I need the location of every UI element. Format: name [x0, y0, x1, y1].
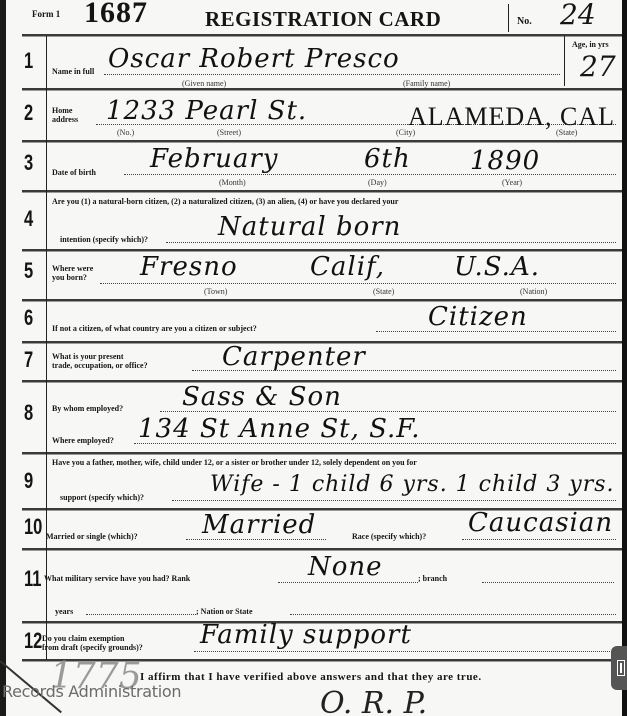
- card-number-label: No.: [517, 16, 532, 27]
- birth-nation-value: U.S.A.: [454, 252, 540, 282]
- row-number: 10: [24, 514, 42, 540]
- row-number: 5: [24, 258, 33, 284]
- sub-label: (Town): [204, 287, 227, 296]
- military-branch-label: ; branch: [418, 574, 447, 583]
- dotted-line: [482, 582, 614, 583]
- dependents-value: Wife - 1 child 6 yrs. 1 child 3 yrs.: [210, 472, 615, 497]
- marital-label: Married or single (which)?: [46, 532, 138, 541]
- rule: [22, 34, 622, 37]
- rule: [22, 190, 622, 193]
- birth-day-value: 6th: [364, 144, 411, 174]
- work-location-label: Where employed?: [52, 436, 114, 445]
- exemption-label: Do you claim exemption: [42, 634, 124, 643]
- row-number: 1: [24, 48, 33, 74]
- birth-town-value: Fresno: [140, 252, 238, 282]
- affirmation-text: I affirm that I have verified above answ…: [140, 671, 482, 683]
- row-number: 8: [24, 400, 33, 426]
- dotted-line: [100, 283, 616, 284]
- support-label: support (specify which)?: [60, 493, 144, 502]
- row-number: 7: [24, 347, 33, 373]
- marital-value: Married: [202, 510, 316, 540]
- age-divider: [564, 36, 565, 86]
- sub-label: (City): [396, 128, 415, 137]
- row-number: 11: [24, 566, 41, 592]
- sub-label: (No.): [117, 128, 134, 137]
- rule: [22, 548, 622, 551]
- citizenship-value: Natural born: [218, 212, 401, 242]
- exemption-label-2: from draft (specify grounds)?: [42, 643, 143, 652]
- sub-label: (Nation): [520, 287, 547, 296]
- race-label: Race (specify which)?: [352, 532, 426, 541]
- row-number: 6: [24, 305, 33, 331]
- name-label: Name in full: [52, 67, 94, 76]
- form-label: Form 1: [32, 9, 60, 19]
- occupation-label: What is your present: [52, 352, 124, 361]
- signature: O. R. P.: [320, 686, 427, 716]
- row-number: 9: [24, 468, 33, 494]
- dob-label: Date of birth: [52, 168, 96, 177]
- country-value: Citizen: [428, 302, 528, 332]
- sub-label: (Given name): [182, 79, 226, 88]
- header-divider: [508, 4, 509, 32]
- dotted-line: [290, 614, 616, 615]
- city-state-value: ALAMEDA, CAL: [408, 102, 615, 132]
- rule: [22, 140, 622, 143]
- scan-left-border: [0, 0, 6, 716]
- stamp-number: 1687: [84, 0, 148, 30]
- intention-label: intention (specify which)?: [60, 235, 148, 244]
- dotted-line: [104, 74, 560, 75]
- occupation-label-2: trade, occupation, or office?: [52, 361, 148, 370]
- birth-state-value: Calif,: [310, 252, 385, 282]
- occupation-value: Carpenter: [222, 342, 366, 372]
- rule: [22, 452, 622, 455]
- sub-label: (Month): [219, 178, 246, 187]
- address-label: address: [52, 115, 78, 124]
- military-years-label: years: [55, 607, 73, 616]
- margin-line: [46, 36, 47, 660]
- age-label: Age, in yrs: [572, 40, 609, 49]
- sub-label: (Street): [217, 128, 241, 137]
- scan-right-border: [622, 0, 627, 716]
- sub-label: (State): [556, 128, 577, 137]
- panel-toggle-icon[interactable]: [617, 660, 625, 676]
- dotted-line: [278, 582, 418, 583]
- exemption-value: Family support: [200, 620, 412, 650]
- birthplace-label: Where were: [52, 264, 93, 273]
- dotted-line: [194, 651, 614, 652]
- row-number: 12: [24, 628, 42, 654]
- sub-label: (Year): [502, 178, 522, 187]
- rule: [22, 88, 622, 91]
- card-number-value: 24: [560, 0, 596, 31]
- row-number: 4: [24, 206, 33, 232]
- dotted-line: [166, 242, 616, 243]
- employer-label: By whom employed?: [52, 404, 123, 413]
- watermark-text: Records Administration: [2, 682, 181, 701]
- birth-year-value: 1890: [470, 146, 540, 176]
- name-value: Oscar Robert Presco: [108, 44, 400, 74]
- row-number: 3: [24, 150, 33, 176]
- dotted-line: [172, 500, 616, 501]
- employer-value: Sass & Son: [182, 382, 342, 412]
- registration-card: Form 1 1687 REGISTRATION CARD No. 24 1 N…: [0, 0, 627, 716]
- birth-month-value: February: [150, 144, 278, 174]
- sub-label: (State): [373, 287, 394, 296]
- dotted-line: [124, 174, 616, 175]
- row-number: 2: [24, 100, 33, 126]
- country-question: If not a citizen, of what country are yo…: [52, 324, 257, 333]
- citizenship-question: Are you (1) a natural-born citizen, (2) …: [52, 197, 398, 206]
- race-value: Caucasian: [468, 508, 613, 538]
- age-value: 27: [580, 50, 616, 83]
- work-location-value: 134 St Anne St, S.F.: [138, 414, 421, 444]
- sub-label: (Family name): [403, 79, 450, 88]
- military-rank-label: What military service have you had? Rank: [44, 574, 190, 583]
- dependents-question: Have you a father, mother, wife, child u…: [52, 458, 417, 467]
- birthplace-label-2: you born?: [52, 273, 87, 282]
- sub-label: (Day): [368, 178, 387, 187]
- rule: [22, 299, 622, 302]
- street-value: 1233 Pearl St.: [106, 96, 307, 126]
- military-rank-value: None: [308, 552, 383, 582]
- dotted-line: [86, 614, 196, 615]
- military-nation-label: ; Nation or State: [196, 607, 253, 616]
- home-label: Home: [52, 106, 72, 115]
- dotted-line: [462, 539, 616, 540]
- card-title: REGISTRATION CARD: [205, 7, 441, 32]
